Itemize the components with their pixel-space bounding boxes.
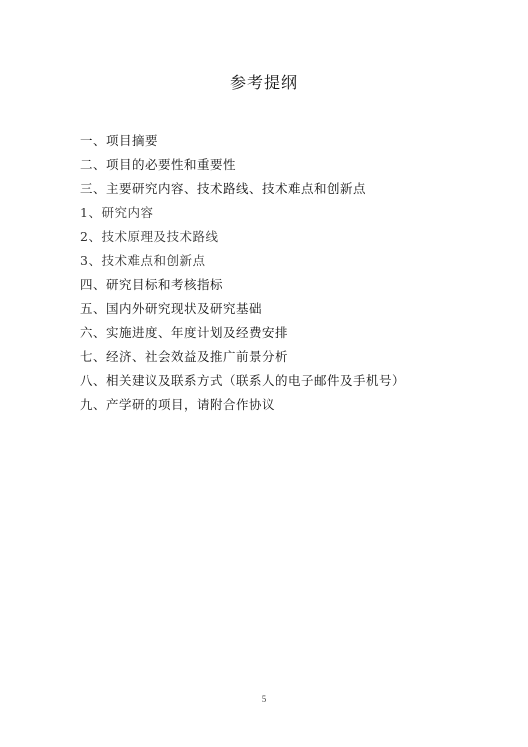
outline-list: 一、项目摘要 二、项目的必要性和重要性 三、主要研究内容、技术路线、技术难点和创… <box>80 131 405 419</box>
page-number: 5 <box>0 694 528 704</box>
outline-item-4: 四、研究目标和考核指标 <box>80 275 405 299</box>
outline-subitem-3-2: 2、技术原理及技术路线 <box>80 227 405 251</box>
document-page: 参考提纲 一、项目摘要 二、项目的必要性和重要性 三、主要研究内容、技术路线、技… <box>0 0 528 747</box>
outline-subitem-3-1: 1、研究内容 <box>80 203 405 227</box>
outline-subitem-3-3: 3、技术难点和创新点 <box>80 251 405 275</box>
document-title: 参考提纲 <box>0 70 528 93</box>
outline-item-2: 二、项目的必要性和重要性 <box>80 155 405 179</box>
outline-item-8: 八、相关建议及联系方式（联系人的电子邮件及手机号） <box>80 371 405 395</box>
outline-item-6: 六、实施进度、年度计划及经费安排 <box>80 323 405 347</box>
outline-item-7: 七、经济、社会效益及推广前景分析 <box>80 347 405 371</box>
outline-item-9: 九、产学研的项目，请附合作协议 <box>80 395 405 419</box>
outline-item-3: 三、主要研究内容、技术路线、技术难点和创新点 <box>80 179 405 203</box>
outline-item-1: 一、项目摘要 <box>80 131 405 155</box>
outline-item-5: 五、国内外研究现状及研究基础 <box>80 299 405 323</box>
